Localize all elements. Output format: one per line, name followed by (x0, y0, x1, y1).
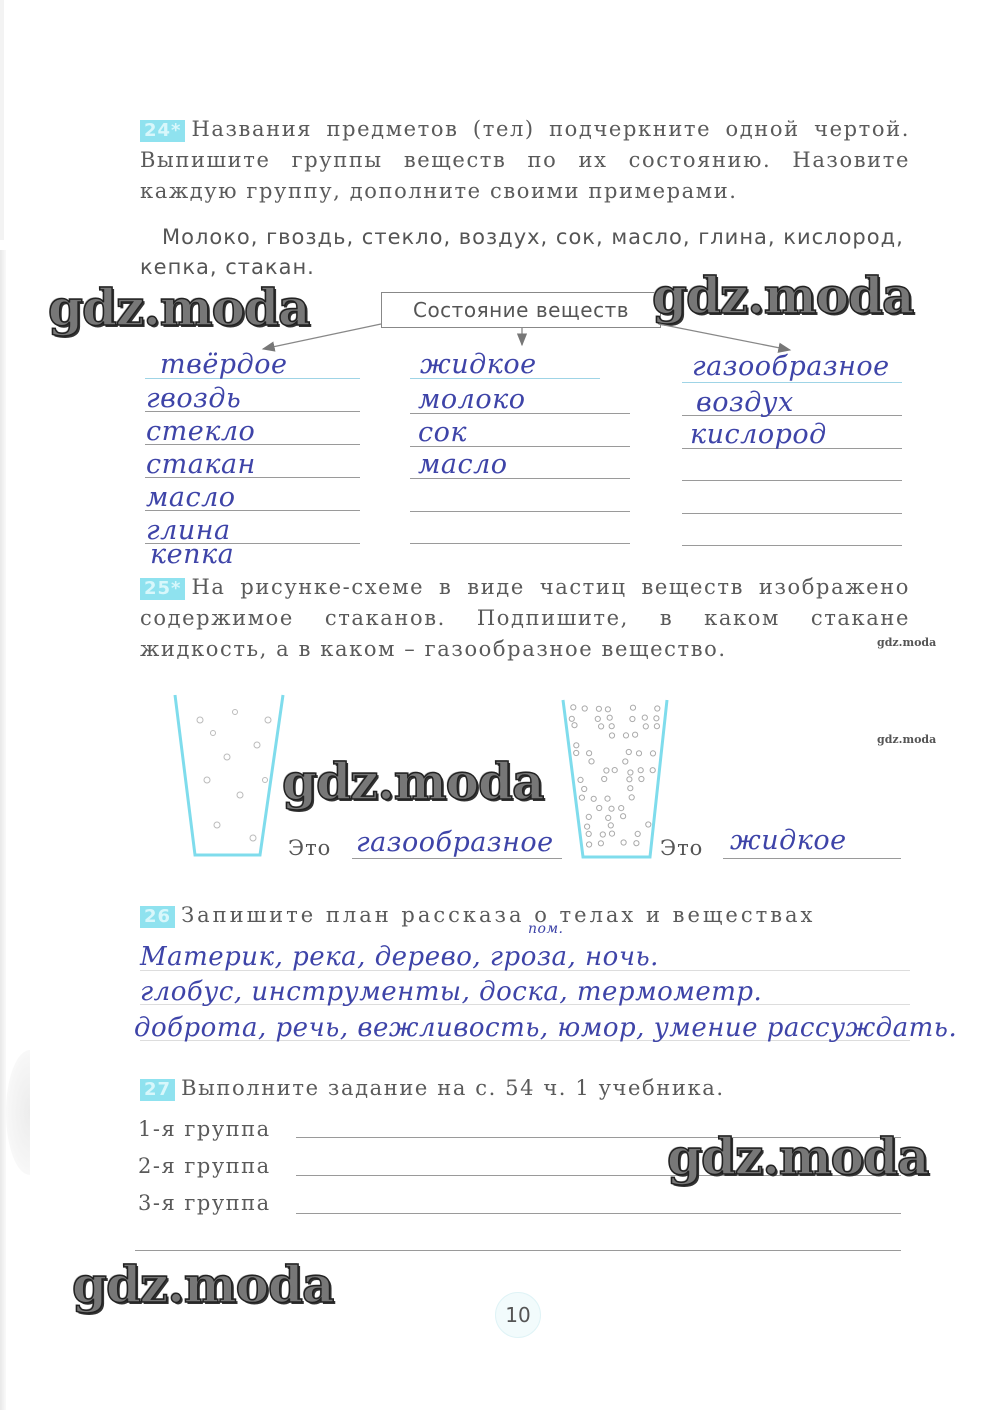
extra-answer-line[interactable] (135, 1250, 901, 1251)
answer-line (723, 858, 901, 859)
column-solid-item: стакан (146, 450, 256, 480)
group-3-answer-line[interactable] (296, 1213, 901, 1214)
task26-answer-line: глобус, инструменты, доска, термометр. (140, 977, 762, 1007)
task25-number: 25* (140, 578, 185, 600)
answer-line (410, 511, 630, 512)
task26-instruction-text: Запишите план рассказа о телах и веществ… (181, 903, 815, 927)
answer2-prefix: Это (660, 836, 703, 860)
answer-line (682, 545, 902, 546)
task27-number: 27 (140, 1079, 175, 1101)
page-edge (0, 250, 6, 1410)
column-solid-item: масло (146, 483, 236, 513)
answer1-value: газообразное (356, 828, 554, 858)
group-3-label: 3-я группа (138, 1191, 271, 1215)
watermark-small: gdz.moda (877, 733, 936, 746)
column-solid-item: гвоздь (146, 384, 241, 414)
task26-answer-line: Материк, река, дерево, гроза, ночь. (140, 942, 659, 972)
answer-line (682, 513, 902, 514)
column-gas-heading: газообразное (692, 352, 890, 382)
group-1-label: 1-я группа (138, 1117, 271, 1141)
answer-line (410, 543, 630, 544)
task27-instruction-text: Выполните задание на с. 54 ч. 1 учебника… (181, 1076, 725, 1100)
watermark: gdz.moda (72, 1255, 333, 1314)
watermark: gdz.moda (667, 1127, 928, 1186)
task27-instruction: 27Выполните задание на с. 54 ч. 1 учебни… (140, 1073, 910, 1104)
page-binding-shadow (6, 1050, 30, 1175)
watermark-small: gdz.moda (877, 636, 936, 649)
answer-line (682, 382, 902, 383)
column-solid-heading: твёрдое (160, 350, 287, 380)
column-solid-item: стекло (146, 417, 255, 447)
column-gas-item: воздух (696, 388, 794, 418)
page-number: 10 (495, 1292, 541, 1338)
diagram-arrows (0, 0, 1000, 400)
column-liquid-item: молоко (418, 385, 525, 415)
task26-answer-line: доброта, речь, вежливость, юмор, умение … (134, 1013, 957, 1043)
task25-instruction-text: На рисунке-схеме в виде частиц веществ и… (140, 575, 910, 661)
column-gas-item: кислород (690, 420, 827, 450)
column-liquid-item: сок (418, 418, 467, 448)
task26-instruction: 26Запишите план рассказа о телах и вещес… (140, 900, 910, 931)
task25-instruction: 25*На рисунке-схеме в виде частиц вещест… (140, 572, 910, 665)
task26-number: 26 (140, 906, 175, 928)
group-2-label: 2-я группа (138, 1154, 271, 1178)
column-liquid-item: масло (418, 450, 508, 480)
answer-line (682, 480, 902, 481)
answer-line (352, 858, 562, 859)
column-liquid-heading: жидкое (420, 350, 537, 380)
answer2-value: жидкое (730, 826, 847, 856)
answer1-prefix: Это (288, 836, 331, 860)
column-solid-item: кепка (150, 540, 234, 570)
task26-insertion: пом. (528, 914, 564, 944)
glass-liquid-illustration (555, 695, 675, 865)
watermark: gdz.moda (282, 752, 543, 811)
glass-gas-illustration (165, 690, 290, 865)
